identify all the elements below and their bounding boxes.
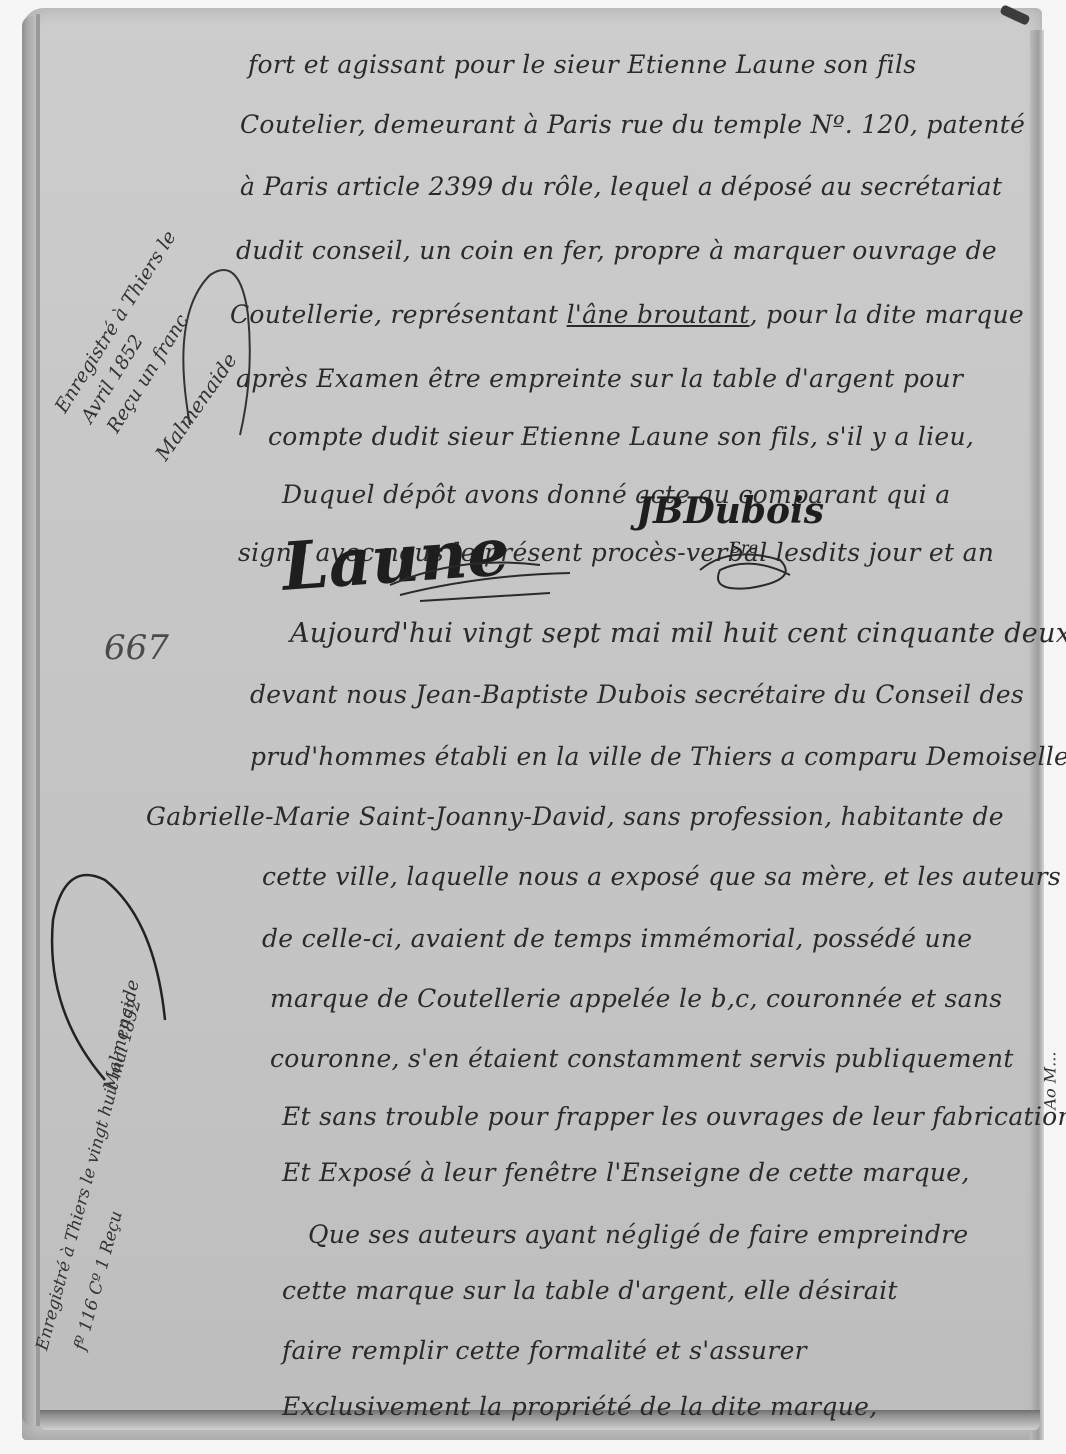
margin-signature-bottom-loop [45,860,155,1090]
body-line-12: prud'hommes établi en la ville de Thiers… [250,742,1066,771]
body-line-23: Exclusivement la propriété de la dite ma… [282,1392,877,1421]
body-line-16: marque de Coutellerie appelée le b,c, co… [270,984,1002,1013]
body-line-15: de celle-ci, avaient de temps immémorial… [262,924,972,953]
signature-laune-flourish [380,545,580,605]
body-line-11: devant nous Jean-Baptiste Dubois secréta… [250,680,1024,709]
body-line-14: cette ville, laquelle nous a exposé que … [262,862,1061,891]
body-line-22: faire remplir cette formalité et s'assur… [282,1336,807,1365]
body-line-3: à Paris article 2399 du rôle, lequel a d… [240,172,1002,201]
body-line-17: couronne, s'en étaient constamment servi… [270,1044,1014,1073]
signature-dubois: JBDubois [636,490,824,532]
underlined-mark-name: l'âne broutant [567,300,750,329]
signature-dubois-paraph [690,540,810,600]
margin-signature-top-loop [170,255,260,445]
body-line-13: Gabrielle-Marie Saint-Joanny-David, sans… [146,802,1004,831]
body-line-1: fort et agissant pour le sieur Etienne L… [248,50,916,79]
scan-frame: fort et agissant pour le sieur Etienne L… [0,0,1066,1454]
body-line-8: Duquel dépôt avons donné acte au compara… [282,480,950,509]
body-line-21: cette marque sur la table d'argent, elle… [282,1276,898,1305]
body-line-18: Et sans trouble pour frapper les ouvrage… [282,1102,1066,1131]
right-edge-note: Ao M... [1041,1052,1060,1110]
body-line-5-text: Coutellerie, représentant l'âne broutant… [230,300,1024,329]
body-line-19: Et Exposé à leur fenêtre l'Enseigne de c… [282,1158,970,1187]
page-right-edge [1030,30,1044,1440]
page-number: 667 [104,628,169,668]
body-line-4: dudit conseil, un coin en fer, propre à … [236,236,997,265]
body-line-7: compte dudit sieur Etienne Laune son fil… [268,422,974,451]
body-line-5-with-underline: Coutellerie, représentant l'âne broutant… [230,300,1024,329]
page-binding-left [22,16,36,1426]
body-line-2: Coutelier, demeurant à Paris rue du temp… [240,110,1025,139]
body-line-6: après Examen être empreinte sur la table… [236,364,963,393]
body-line-10: Aujourd'hui vingt sept mai mil huit cent… [290,618,1066,649]
body-line-20: Que ses auteurs ayant négligé de faire e… [308,1220,968,1249]
page-binding-edge [36,14,40,1426]
